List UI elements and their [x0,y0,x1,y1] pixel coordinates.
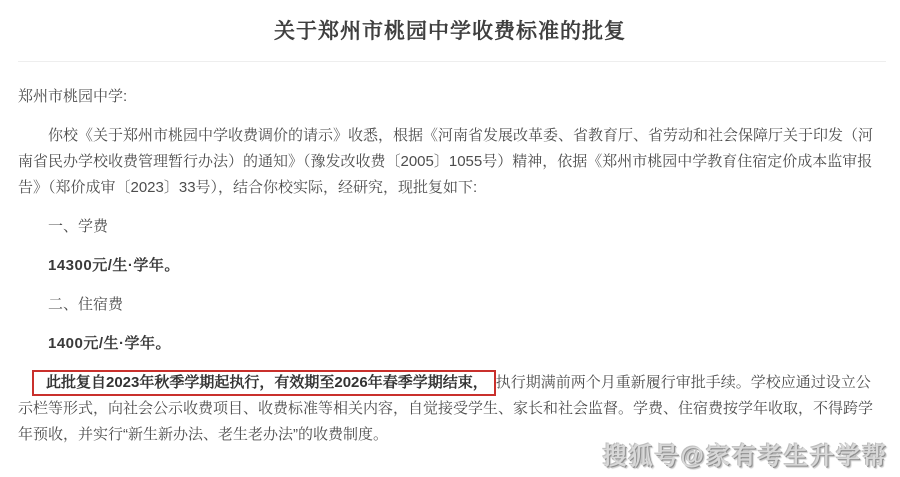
document-body: 郑州市桃园中学: 你校《关于郑州市桃园中学收费调价的请示》收悉，根据《河南省发展… [0,62,900,448]
section-accommodation-heading: 二、住宿费 [18,292,880,318]
section-tuition-heading: 一、学费 [18,214,880,240]
salutation-line: 郑州市桃园中学: [18,84,880,110]
article-page: 关于郑州市桃园中学收费标准的批复 郑州市桃园中学: 你校《关于郑州市桃园中学收费… [0,0,900,477]
watermark: 搜狐号@家有考生升学帮 [603,436,888,471]
section-accommodation-value: 1400元/生·学年。 [18,331,880,357]
page-title: 关于郑州市桃园中学收费标准的批复 [0,0,900,61]
section-tuition-value: 14300元/生·学年。 [18,253,880,279]
highlighted-effective-period: 此批复自2023年秋季学期起执行，有效期至2026年春季学期结束， [32,370,496,396]
intro-paragraph: 你校《关于郑州市桃园中学收费调价的请示》收悉，根据《河南省发展改革委、省教育厅、… [18,123,880,201]
